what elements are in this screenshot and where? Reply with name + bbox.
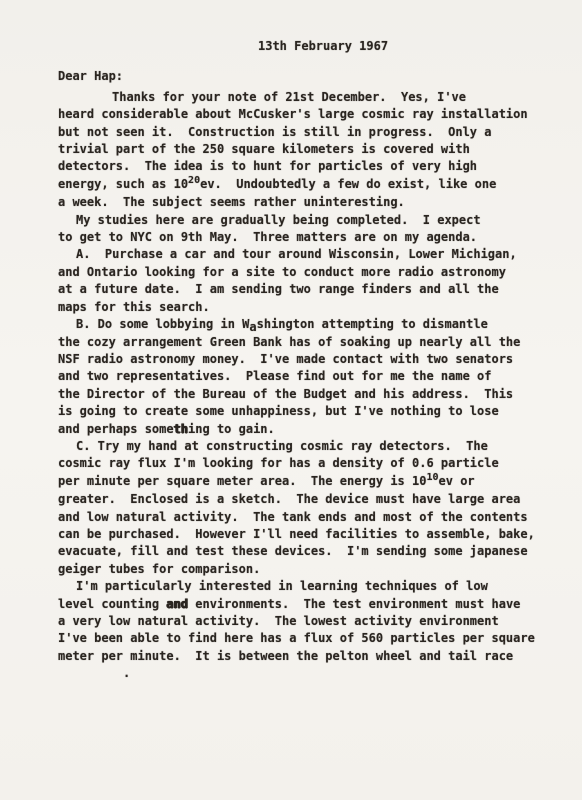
- letter-line: greater. Enclosed is a sketch. The devic…: [58, 491, 554, 508]
- letter-line: a week. The subject seems rather uninter…: [58, 194, 554, 211]
- letter-date: 13th February 1967: [58, 38, 554, 55]
- letter-line: and low natural activity. The tank ends …: [58, 509, 554, 526]
- letter-line: cosmic ray flux I'm looking for has a de…: [58, 455, 554, 472]
- letter-line: maps for this search.: [58, 299, 554, 316]
- letter-line: trivial part of the 250 square kilometer…: [58, 141, 554, 158]
- stray-period-mark: .: [58, 665, 554, 682]
- letter-line: B. Do some lobbying in Washington attemp…: [58, 316, 554, 333]
- letter-line: detectors. The idea is to hunt for parti…: [58, 158, 554, 175]
- letter-line: and two representatives. Please find out…: [58, 368, 554, 385]
- letter-line: but not seen it. Construction is still i…: [58, 124, 554, 141]
- letter-line: and Ontario looking for a site to conduc…: [58, 264, 554, 281]
- letter-line: can be purchased. However I'll need faci…: [58, 526, 554, 543]
- letter-line: per minute per square meter area. The en…: [58, 473, 554, 491]
- scanned-letter-page: 13th February 1967 Dear Hap: Thanks for …: [0, 0, 582, 800]
- letter-line: level counting and environments. The tes…: [58, 596, 554, 613]
- letter-line: meter per minute. It is between the pelt…: [58, 648, 554, 665]
- letter-line: heard considerable about McCusker's larg…: [58, 106, 554, 123]
- letter-line: Thanks for your note of 21st December. Y…: [58, 89, 554, 106]
- letter-line: energy, such as 1020ev. Undoubtedly a fe…: [58, 176, 554, 194]
- letter-body: Thanks for your note of 21st December. Y…: [58, 89, 554, 665]
- letter-line: the cozy arrangement Green Bank has of s…: [58, 334, 554, 351]
- letter-line: to get to NYC on 9th May. Three matters …: [58, 229, 554, 246]
- letter-line: A. Purchase a car and tour around Wiscon…: [58, 246, 554, 263]
- letter-line: I've been able to find here has a flux o…: [58, 630, 554, 647]
- letter-salutation: Dear Hap:: [58, 68, 554, 85]
- letter-line: NSF radio astronomy money. I've made con…: [58, 351, 554, 368]
- letter-line: at a future date. I am sending two range…: [58, 281, 554, 298]
- letter-line: and perhaps something to gain.: [58, 421, 554, 438]
- letter-line: My studies here are gradually being comp…: [58, 212, 554, 229]
- letter-line: evacuate, fill and test these devices. I…: [58, 543, 554, 560]
- letter-line: C. Try my hand at constructing cosmic ra…: [58, 438, 554, 455]
- letter-line: I'm particularly interested in learning …: [58, 578, 554, 595]
- letter-line: is going to create some unhappiness, but…: [58, 403, 554, 420]
- letter-line: a very low natural activity. The lowest …: [58, 613, 554, 630]
- letter-line: the Director of the Bureau of the Budget…: [58, 386, 554, 403]
- letter-line: geiger tubes for comparison.: [58, 561, 554, 578]
